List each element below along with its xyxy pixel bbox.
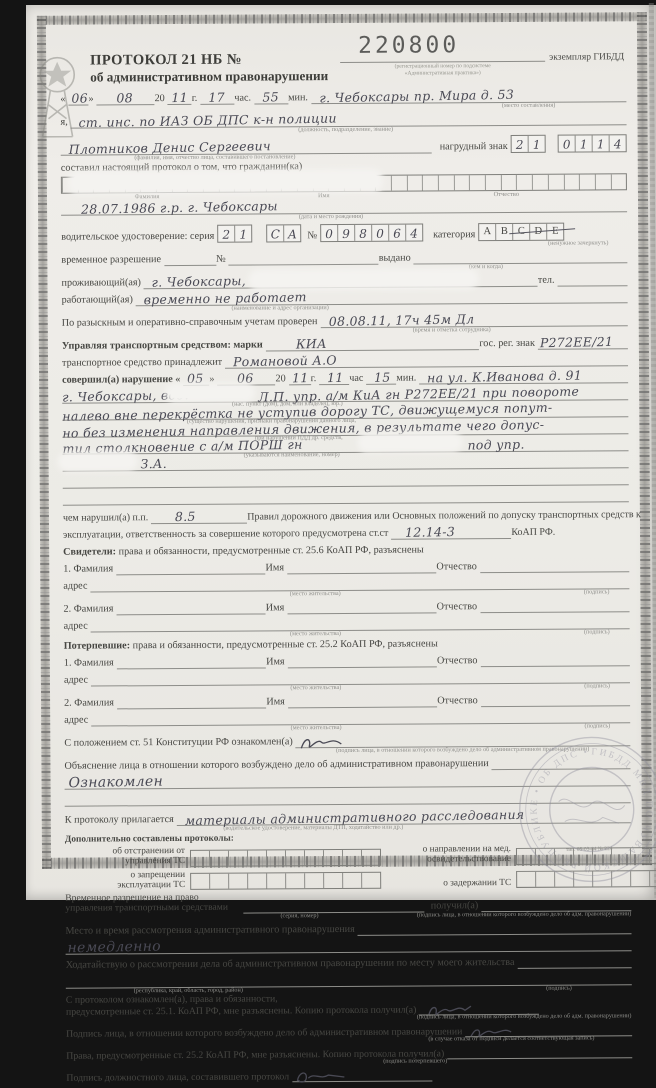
made-hour: 17 [200,91,234,105]
vehicle-brand: КИА [266,336,480,351]
violated-article: 12.14-3 [391,525,511,540]
grid-cell [323,850,342,865]
made-day: 06 [68,92,88,106]
made-minute: 55 [254,90,288,104]
grid-cell [422,175,438,190]
scanned-protocol-sheet: 220800 (регистрационный номер по подсист… [26,5,656,900]
grid-cell [266,850,285,865]
made-month: 08 [97,91,155,105]
work-line: временно не работает [136,289,628,306]
grid-cell [342,873,361,888]
grid-cell [610,174,626,189]
grid-cell [485,175,501,190]
grid-cell [563,175,579,190]
grid-cell [548,175,564,190]
victims-heading: Потерпевшие: права и обязанности, предус… [64,637,630,652]
vehicle-row: Управляя транспортным средством: марки К… [62,335,628,352]
badge-number-part2: 01 14 [558,134,627,152]
grid-cell [361,873,380,888]
signature [300,734,344,752]
grid-cell [304,873,323,888]
grid-cell [516,175,532,190]
license-row: водительское удостоверение: серия 21 СА … [61,222,627,243]
license-series-digits: 21 [217,225,252,243]
license-number: 09 80 64 [320,224,423,243]
grid-cell [438,175,454,190]
victim1-row: 1. Фамилия Имя Отчество [64,652,630,669]
grid-cell [454,175,470,190]
grid-cell [228,874,247,889]
constitution51-signature-line [296,734,366,748]
grid-cell [247,873,266,888]
grid-cell [501,175,517,190]
violated-row: чем нарушил(а) п.п. 8.5 Правил дорожного… [63,507,629,524]
grid-cell [285,873,304,888]
made-place: г. Чебоксары пр. Мира д. 53 [311,88,627,104]
grid-cell [266,873,285,888]
svg-text:ГИБДД МВД ПО ЧУВАШСКОЙ РЕСПУБЛ: ГИБДД МВД ПО ЧУВАШСКОЙ РЕСПУБЛИКЕ • ОБ Д… [529,747,654,874]
witness2-row: 2. Фамилия Имя Отчество [63,598,629,615]
citizen-intro-row: составил настоящий протокол о том, что г… [61,159,627,174]
grid-cell [391,176,407,191]
grid-cell [361,849,380,864]
citizen-name-grid [61,173,627,193]
grid-cell [247,850,266,865]
violation-place: на ул. К.Иванова д. 91 [419,369,628,384]
vehicle-reg: Р272ЕЕ/21 [538,335,628,350]
license-categories: АВ СD Е [478,223,564,242]
grid-cell [469,175,485,190]
grid-cell [304,850,323,865]
license-series-letters: СА [266,224,301,242]
serial-number: 220800 [358,32,459,60]
print-shop-imprint: тип. 05-03-84 № 224 [566,846,613,853]
grid-cell [407,176,423,191]
redaction-whiteout [362,437,457,448]
violated-row2: эксплуатации, ответственность за соверше… [63,524,629,541]
grid-cell [191,850,209,865]
protocol-boxes-ban [190,872,381,890]
badge-number-part1: 21 [511,135,546,153]
serial-caption: (регистрационный номер по подсистеме «Ад… [340,63,545,78]
grid-cell [579,174,595,189]
protocol-subtitle: об административном правонарушении [90,68,328,85]
copy-label: экземпляр ГИБДД [549,51,624,63]
residence-row: проживающий(ая) г. Чебоксары, тел. [61,272,627,289]
grid-cell [323,873,342,888]
officer-name: Плотников Денис Сергеевич [61,139,432,155]
redaction-whiteout [73,174,378,190]
header: 220800 (регистрационный номер по подсист… [60,37,626,88]
round-stamp: ГИБДД МВД ПО ЧУВАШСКОЙ РЕСПУБЛИКЕ • ОБ Д… [496,731,656,892]
violated-pp: 8.5 [151,510,247,525]
vehicle-owner-row: транспортное средство принадлежит Романо… [62,352,628,369]
grid-cell [532,175,548,190]
vehicle-owner: Романовой А.О [225,352,628,368]
protocol-boxes-removal [190,848,381,866]
grid-cell [209,874,228,889]
protocol-title: ПРОТОКОЛ 21 НБ № [90,52,242,70]
witness1-row: 1. Фамилия Имя Отчество [63,558,629,575]
officer-name-row: Плотников Денис Сергеевич нагрудный знак… [61,134,627,155]
grid-cell [191,874,209,889]
grid-cell [285,850,304,865]
grid-cell [228,850,247,865]
grid-cell [209,850,228,865]
witnesses-heading: Свидетели: права и обязанности, предусмо… [63,543,629,558]
blank-line [63,485,629,505]
grid-cell [595,174,611,189]
redaction-whiteout [254,273,474,285]
redaction-whiteout [170,388,250,398]
redaction-whiteout [63,456,133,466]
grid-cell [342,849,361,864]
victim2-row: 2. Фамилия Имя Отчество [64,692,630,709]
residence-line: г. Чебоксары, [144,273,538,289]
made-year: 11 [168,91,192,105]
records-check-line: 08.08.11, 17ч 45м Дл [320,312,627,328]
